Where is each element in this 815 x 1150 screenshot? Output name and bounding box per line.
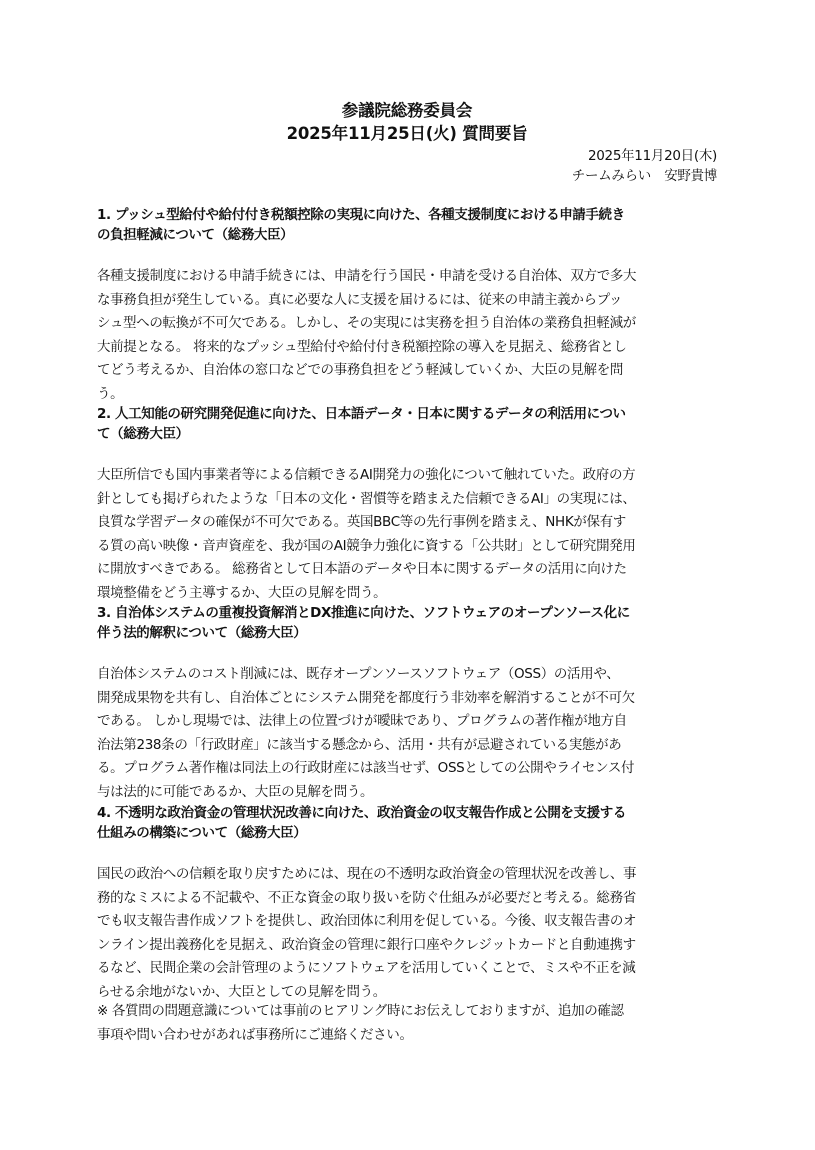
- question-body: 各種支援制度における申請手続きには、申請を行う国民・申請を受ける自治体、双方で多…: [97, 265, 717, 406]
- body-line: てどう考えるか、自治体の窓口などでの事務負担をどう軽減していくか、大臣の見解を問: [97, 359, 717, 383]
- body-line: 大臣所信でも国内事業者等による信頼できるAI開発力の強化について触れていた。政府…: [97, 464, 717, 488]
- title-committee: 参議院総務委員会: [97, 99, 717, 122]
- author-name: チームみらい 安野貴博: [572, 166, 717, 186]
- body-line: シュ型への転換が不可欠である。しかし、その実現には実務を担う自治体の業務負担軽減…: [97, 312, 717, 336]
- body-line: 環境整備をどう主導するか、大臣の見解を問う。: [97, 582, 717, 606]
- question-body: 国民の政治への信頼を取り戻すためには、現在の不透明な政治資金の管理状況を改善し、…: [97, 863, 717, 1004]
- footnote-line: 事項や問い合わせがあれば事務所にご連絡ください。: [97, 1024, 717, 1048]
- body-line: 良質な学習データの確保が不可欠である。英国BBC等の先行事例を踏まえ、NHKが保…: [97, 511, 717, 535]
- body-line: 大前提となる。 将来的なプッシュ型給付や給付付き税額控除の導入を見据え、総務省と…: [97, 336, 717, 360]
- body-line: 与は法的に可能であるか、大臣の見解を問う。: [97, 781, 717, 805]
- question-section-2: 2. 人工知能の研究開発促進に向けた、日本語データ・日本に関するデータの利活用に…: [97, 404, 717, 605]
- footnote-line: ※ 各質問の問題意識については事前のヒアリング時にお伝えしておりますが、追加の確…: [97, 1000, 717, 1024]
- body-line: 務的なミスによる不記載や、不正な資金の取り扱いを防ぐ仕組みが必要だと考える。総務…: [97, 887, 717, 911]
- body-line: 治法第238条の「行政財産」に該当する懸念から、活用・共有が忌避されている実態が…: [97, 734, 717, 758]
- body-line: ンライン提出義務化を見据え、政治資金の管理に銀行口座やクレジットカードと自動連携…: [97, 934, 717, 958]
- question-section-4: 4. 不透明な政治資金の管理状況改善に向けた、政治資金の収支報告作成と公開を支援…: [97, 803, 717, 1004]
- question-body: 自治体システムのコスト削減には、既存オープンソースソフトウェア（OSS）の活用や…: [97, 663, 717, 804]
- body-line: 開発成果物を共有し、自治体ごとにシステム開発を都度行う非効率を解消することが不可…: [97, 687, 717, 711]
- document-title: 参議院総務委員会 2025年11月25日(火) 質問要旨: [97, 99, 717, 145]
- body-line: 国民の政治への信頼を取り戻すためには、現在の不透明な政治資金の管理状況を改善し、…: [97, 863, 717, 887]
- title-date-subject: 2025年11月25日(火) 質問要旨: [97, 122, 717, 145]
- question-heading: 2. 人工知能の研究開発促進に向けた、日本語データ・日本に関するデータの利活用に…: [97, 404, 717, 424]
- body-line: 自治体システムのコスト削減には、既存オープンソースソフトウェア（OSS）の活用や…: [97, 663, 717, 687]
- body-line: る。プログラム著作権は同法上の行政財産には該当せず、OSSとしての公開やライセン…: [97, 757, 717, 781]
- question-section-3: 3. 自治体システムの重複投資解消とDX推進に向けた、ソフトウェアのオープンソー…: [97, 603, 717, 804]
- question-heading: て（総務大臣）: [97, 424, 717, 444]
- footnote: ※ 各質問の問題意識については事前のヒアリング時にお伝えしておりますが、追加の確…: [97, 1000, 717, 1047]
- body-line: である。 しかし現場では、法律上の位置づけが曖昧であり、プログラムの著作権が地方…: [97, 710, 717, 734]
- question-heading: 3. 自治体システムの重複投資解消とDX推進に向けた、ソフトウェアのオープンソー…: [97, 603, 717, 623]
- body-line: でも収支報告書作成ソフトを提供し、政治団体に利用を促している。今後、収支報告書の…: [97, 910, 717, 934]
- body-line: 針としても掲げられたような「日本の文化・習慣等を踏まえた信頼できるAI」の実現に…: [97, 488, 717, 512]
- question-heading: 1. プッシュ型給付や給付付き税額控除の実現に向けた、各種支援制度における申請手…: [97, 205, 717, 225]
- question-heading: の負担軽減について（総務大臣）: [97, 225, 717, 245]
- body-line: る質の高い映像・音声資産を、我が国のAI競争力強化に資する「公共財」として研究開…: [97, 535, 717, 559]
- body-line: るなど、民間企業の会計管理のようにソフトウェアを活用していくことで、ミスや不正を…: [97, 957, 717, 981]
- question-section-1: 1. プッシュ型給付や給付付き税額控除の実現に向けた、各種支援制度における申請手…: [97, 205, 717, 406]
- document-meta: 2025年11月20日(木) チームみらい 安野貴博: [572, 146, 717, 186]
- body-line: な事務負担が発生している。真に必要な人に支援を届けるには、従来の申請主義からプッ: [97, 289, 717, 313]
- body-line: う。: [97, 383, 717, 407]
- question-body: 大臣所信でも国内事業者等による信頼できるAI開発力の強化について触れていた。政府…: [97, 464, 717, 605]
- body-line: に開放すべきである。 総務省として日本語のデータや日本に関するデータの活用に向け…: [97, 558, 717, 582]
- submission-date: 2025年11月20日(木): [572, 146, 717, 166]
- body-line: 各種支援制度における申請手続きには、申請を行う国民・申請を受ける自治体、双方で多…: [97, 265, 717, 289]
- question-heading: 仕組みの構築について（総務大臣）: [97, 823, 717, 843]
- question-heading: 伴う法的解釈について（総務大臣）: [97, 623, 717, 643]
- question-heading: 4. 不透明な政治資金の管理状況改善に向けた、政治資金の収支報告作成と公開を支援…: [97, 803, 717, 823]
